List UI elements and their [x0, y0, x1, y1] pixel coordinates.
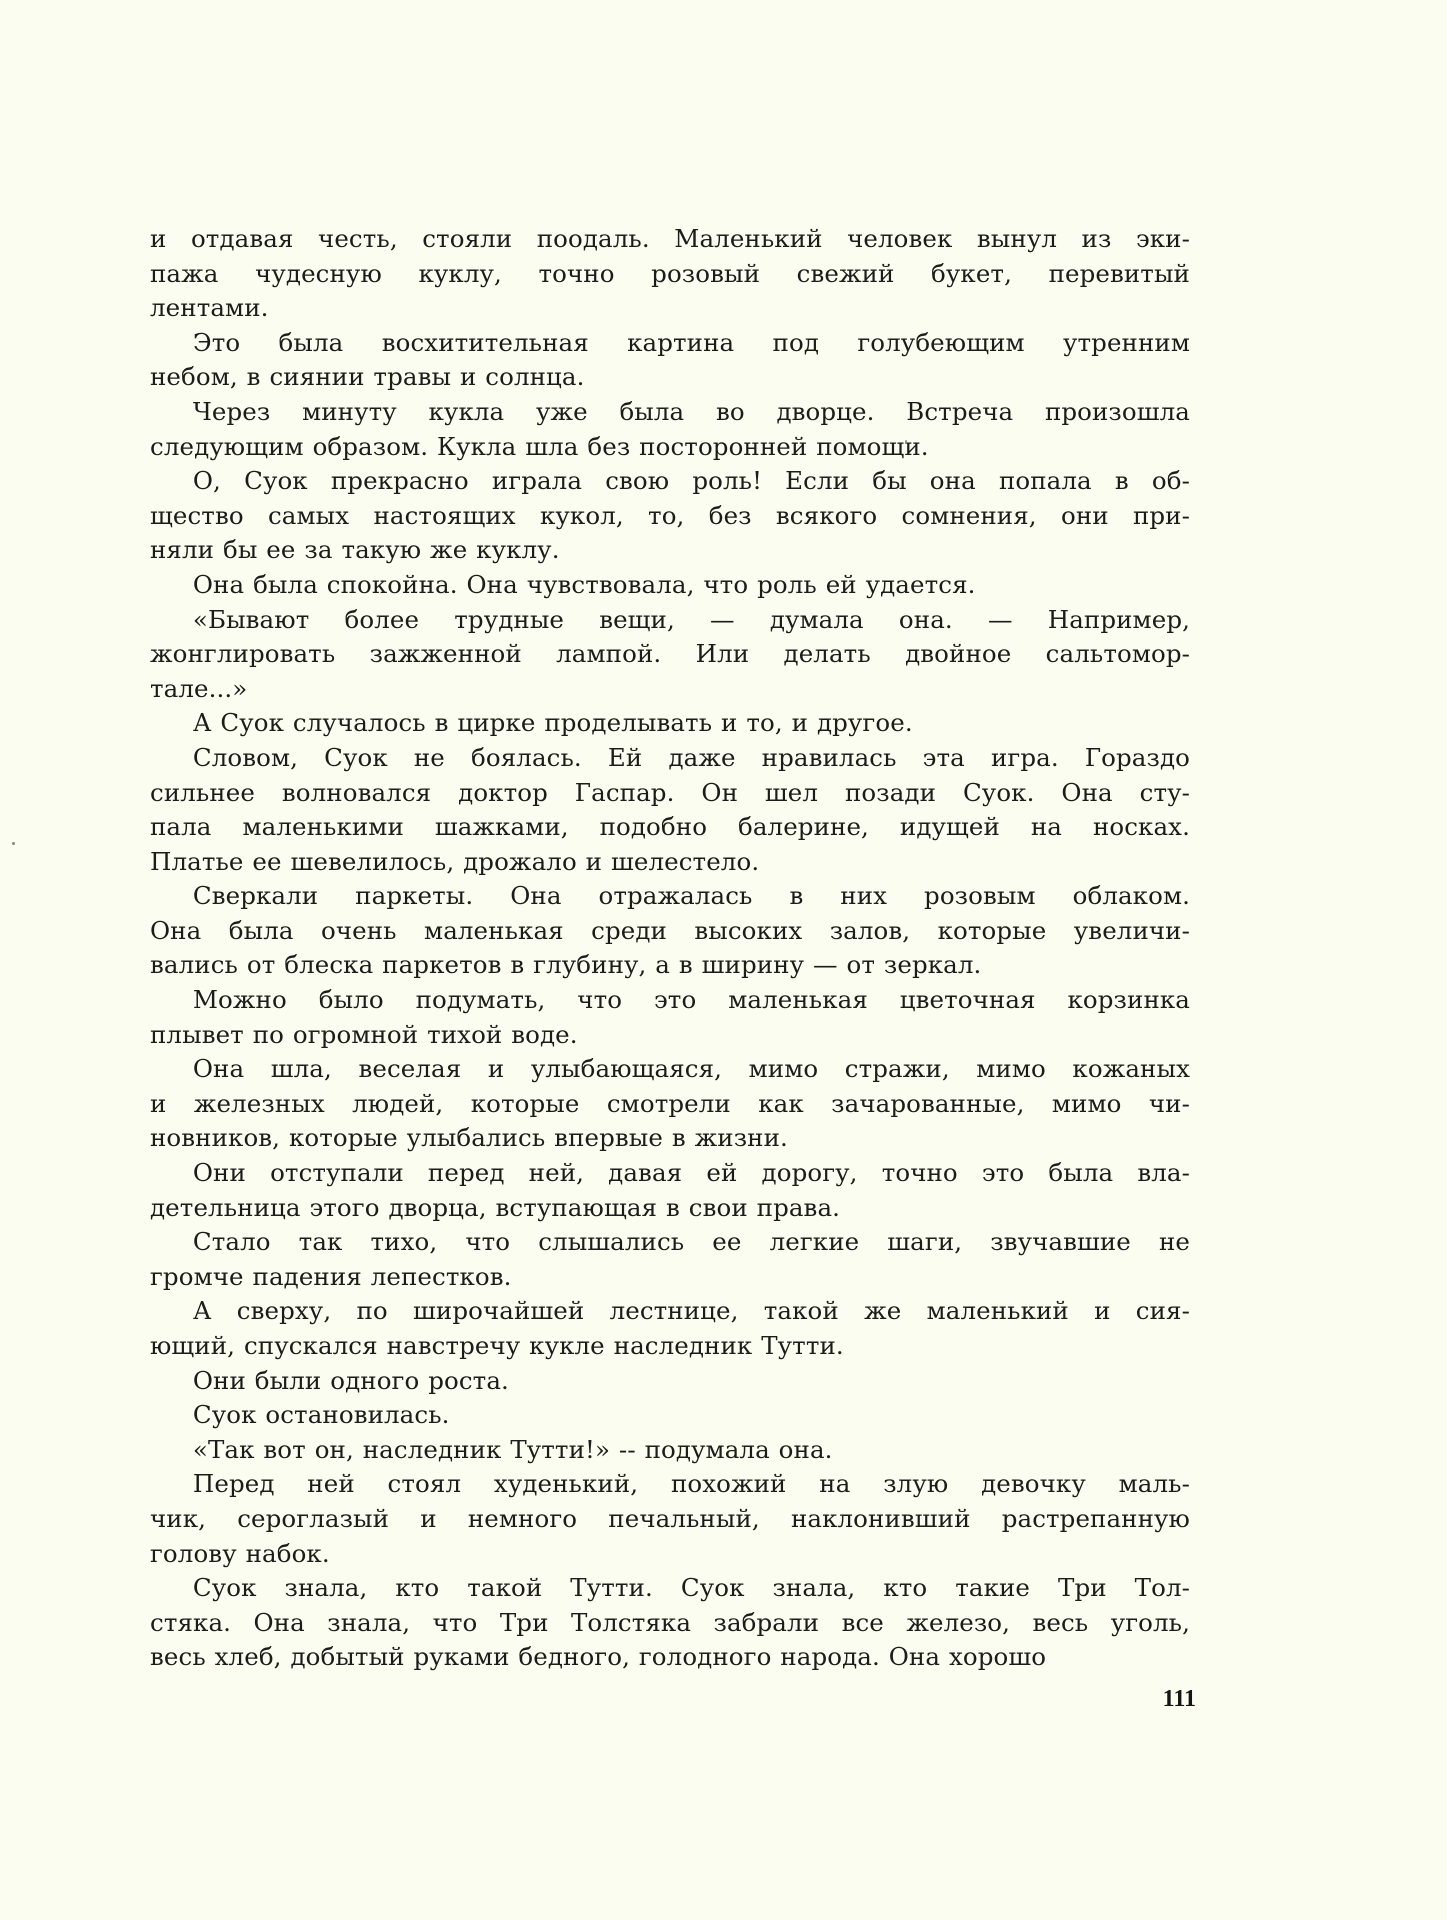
text-line: жонглировать зажженной лампой. Или делат… — [150, 637, 1190, 672]
text-line: тале...» — [150, 672, 1190, 707]
paragraph: Она была спокойна. Она чувствовала, что … — [150, 568, 1190, 603]
paragraph: «Бывают более трудные вещи, — думала она… — [150, 603, 1190, 707]
text-line: детельница этого дворца, вступающая в св… — [150, 1191, 1190, 1226]
paragraph: Суок остановилась. — [150, 1398, 1190, 1433]
text-line: чик, сероглазый и немного печальный, нак… — [150, 1502, 1190, 1537]
page-body: и отдавая честь, стояли поодаль. Маленьк… — [150, 222, 1190, 1675]
text-line: Сверкали паркеты. Она отражалась в них р… — [150, 879, 1190, 914]
text-line: громче падения лепестков. — [150, 1260, 1190, 1295]
text-line: Стало так тихо, что слышались ее легкие … — [150, 1225, 1190, 1260]
text-line: А сверху, по широчайшей лестнице, такой … — [150, 1294, 1190, 1329]
text-line: «Так вот он, наследник Тутти!» -- подума… — [150, 1433, 1190, 1468]
text-line: Словом, Суок не боялась. Ей даже нравила… — [150, 741, 1190, 776]
text-line: ющий, спускался навстречу кукле наследни… — [150, 1329, 1190, 1364]
paragraph: Они отступали перед ней, давая ей дорогу… — [150, 1156, 1190, 1225]
text-line: Можно было подумать, что это маленькая ц… — [150, 983, 1190, 1018]
text-line: Через минуту кукла уже была во дворце. В… — [150, 395, 1190, 430]
text-line: стяка. Она знала, что Три Толстяка забра… — [150, 1606, 1190, 1641]
text-line: Она была спокойна. Она чувствовала, что … — [150, 568, 1190, 603]
text-line: няли бы ее за такую же куклу. — [150, 533, 1190, 568]
text-line: Она была очень маленькая среди высоких з… — [150, 914, 1190, 949]
scan-speck — [905, 440, 907, 444]
text-line: и железных людей, которые смотрели как з… — [150, 1087, 1190, 1122]
paragraph: Суок знала, кто такой Тутти. Суок знала,… — [150, 1571, 1190, 1675]
paragraph: «Так вот он, наследник Тутти!» -- подума… — [150, 1433, 1190, 1468]
paragraph: Перед ней стоял худенький, похожий на зл… — [150, 1467, 1190, 1571]
scan-speck — [12, 842, 15, 845]
paragraph: О, Суок прекрасно играла свою роль! Если… — [150, 464, 1190, 568]
text-line: «Бывают более трудные вещи, — думала она… — [150, 603, 1190, 638]
text-line: Перед ней стоял худенький, похожий на зл… — [150, 1467, 1190, 1502]
text-line: плывет по огромной тихой воде. — [150, 1018, 1190, 1053]
text-line: Они были одного роста. — [150, 1364, 1190, 1399]
text-line: весь хлеб, добытый руками бедного, голод… — [150, 1640, 1190, 1675]
paragraph: и отдавая честь, стояли поодаль. Маленьк… — [150, 222, 1190, 326]
paragraph: Словом, Суок не боялась. Ей даже нравила… — [150, 741, 1190, 879]
text-line: голову набок. — [150, 1537, 1190, 1572]
text-line: и отдавая честь, стояли поодаль. Маленьк… — [150, 222, 1190, 257]
text-line: пала маленькими шажками, подобно балерин… — [150, 810, 1190, 845]
paragraph: Сверкали паркеты. Она отражалась в них р… — [150, 879, 1190, 983]
text-line: Это была восхитительная картина под голу… — [150, 326, 1190, 361]
text-line: вались от блеска паркетов в глубину, а в… — [150, 948, 1190, 983]
text-line: щество самых настоящих кукол, то, без вс… — [150, 499, 1190, 534]
paragraph: Они были одного роста. — [150, 1364, 1190, 1399]
text-line: небом, в сиянии травы и солнца. — [150, 360, 1190, 395]
paragraph: Это была восхитительная картина под голу… — [150, 326, 1190, 395]
text-line: пажа чудесную куклу, точно розовый свежи… — [150, 257, 1190, 292]
paragraph: Стало так тихо, что слышались ее легкие … — [150, 1225, 1190, 1294]
page-number: 111 — [1136, 1686, 1196, 1713]
text-line: лентами. — [150, 291, 1190, 326]
text-line: Она шла, веселая и улыбающаяся, мимо стр… — [150, 1052, 1190, 1087]
text-line: О, Суок прекрасно играла свою роль! Если… — [150, 464, 1190, 499]
paragraph: А Суок случалось в цирке проделывать и т… — [150, 706, 1190, 741]
text-line: А Суок случалось в цирке проделывать и т… — [150, 706, 1190, 741]
text-line: Суок остановилась. — [150, 1398, 1190, 1433]
paragraph: Можно было подумать, что это маленькая ц… — [150, 983, 1190, 1052]
paragraph: Через минуту кукла уже была во дворце. В… — [150, 395, 1190, 464]
text-line: следующим образом. Кукла шла без посторо… — [150, 430, 1190, 465]
text-line: Суок знала, кто такой Тутти. Суок знала,… — [150, 1571, 1190, 1606]
paragraph: Она шла, веселая и улыбающаяся, мимо стр… — [150, 1052, 1190, 1156]
text-line: Платье ее шевелилось, дрожало и шелестел… — [150, 845, 1190, 880]
text-line: новников, которые улыбались впервые в жи… — [150, 1121, 1190, 1156]
text-line: Они отступали перед ней, давая ей дорогу… — [150, 1156, 1190, 1191]
paragraph: А сверху, по широчайшей лестнице, такой … — [150, 1294, 1190, 1363]
text-line: сильнее волновался доктор Гаспар. Он шел… — [150, 776, 1190, 811]
